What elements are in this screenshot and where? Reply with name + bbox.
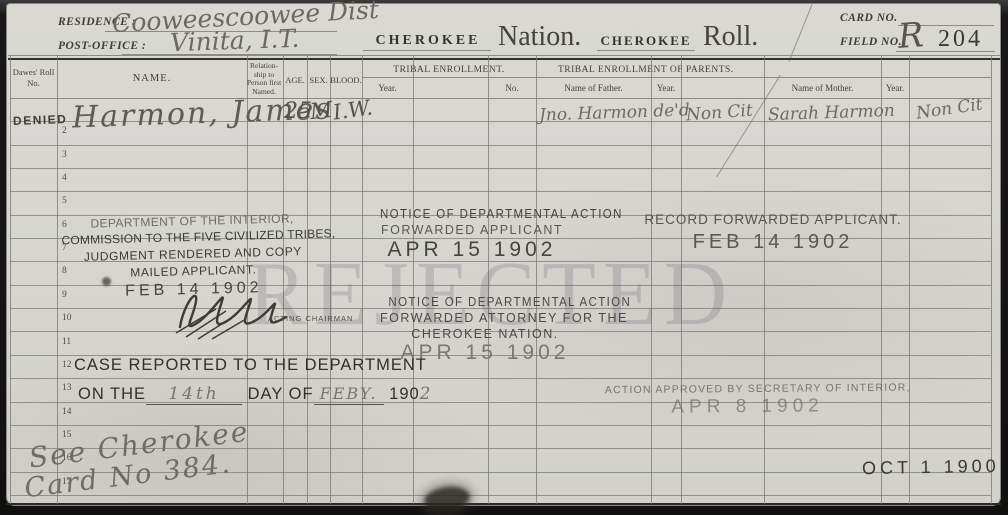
roll-blank-line xyxy=(597,50,695,51)
row-number: 12 xyxy=(62,360,72,370)
nation-stamp: CHEROKEE xyxy=(366,33,490,49)
post-office-value: Vinita, I.T. xyxy=(170,24,300,57)
nation-blank-line xyxy=(363,50,491,51)
denied-stamp: DENIED xyxy=(13,112,68,128)
notice-applicant-line: FORWARDED APPLICANT xyxy=(372,223,572,237)
received-date-stamp: OCT 1 1900 xyxy=(862,456,1000,479)
table-row: 4 xyxy=(10,168,991,192)
card-no-label: CARD NO. xyxy=(840,12,898,24)
case-reported-year-written: 2 xyxy=(420,384,432,404)
column-line xyxy=(764,56,765,504)
case-reported-year-printed: 190 xyxy=(389,385,420,403)
column-line xyxy=(909,56,910,504)
nation-label: Nation. xyxy=(498,21,581,53)
notice-applicant-stamp: NOTICE OF DEPARTMENTAL ACTION FORWARDED … xyxy=(372,207,572,262)
row-number: 11 xyxy=(62,337,71,347)
scanned-enrollment-card-photo: RESIDENCE : Cooweescoowee Dist POST-OFFI… xyxy=(0,0,1008,515)
col-header-father-year: Year. xyxy=(651,83,681,93)
column-line xyxy=(10,56,11,504)
card-bottom-edge xyxy=(6,503,1001,505)
case-reported-day-of: DAY OF xyxy=(248,385,314,403)
acting-chairman-label: ACTING CHAIRMAN xyxy=(268,314,353,323)
col-header-age: AGE. xyxy=(283,75,307,85)
row-number: 14 xyxy=(62,407,72,417)
record-forwarded-date: FEB 14 1902 xyxy=(643,231,903,254)
col-header-name: NAME. xyxy=(57,73,247,84)
roll-stamp: CHEROKEE xyxy=(597,33,695,49)
col-header-relationship: Relation-ship to Person first Named. xyxy=(246,62,282,97)
field-no-value: 204 xyxy=(938,26,983,53)
row-number: 10 xyxy=(62,313,72,323)
post-office-label: POST-OFFICE : xyxy=(58,40,146,52)
acting-chairman-signature xyxy=(172,283,322,341)
row-number: 3 xyxy=(62,150,67,160)
notice-attorney-line: FORWARDED ATTORNEY FOR THE xyxy=(380,311,590,325)
case-reported-day: 14th xyxy=(146,384,242,405)
col-header-dawes-roll-no: Dawes' Roll No. xyxy=(11,67,56,88)
notice-attorney-stamp: NOTICE OF DEPARTMENTAL ACTION FORWARDED … xyxy=(380,295,590,365)
group-header-underline xyxy=(362,77,991,78)
secretary-approval-line: ACTION APPROVED BY SECRETARY OF INTERIOR… xyxy=(605,382,890,396)
notice-applicant-line: NOTICE OF DEPARTMENTAL ACTION xyxy=(380,207,564,221)
notice-attorney-line: CHEROKEE NATION. xyxy=(380,327,590,341)
table-top-heavy-line xyxy=(8,58,1000,60)
row1-age-value: 25 xyxy=(284,99,312,124)
case-reported-on-the: ON THE xyxy=(78,385,146,403)
notice-applicant-date: APR 15 1902 xyxy=(372,238,572,262)
group-header-tribal-enrollment: TRIBAL ENROLLMENT. xyxy=(362,65,536,75)
row-number: 13 xyxy=(62,383,72,393)
notice-attorney-line: NOTICE OF DEPARTMENTAL ACTION xyxy=(388,295,581,309)
roll-label: Roll. xyxy=(703,21,758,53)
row1-sex-value: M xyxy=(309,98,334,125)
field-no-prefix: R xyxy=(897,15,925,57)
row-number: 5 xyxy=(62,196,67,206)
col-header-sex: SEX. xyxy=(307,75,330,85)
record-forwarded-line: RECORD FORWARDED APPLICANT. xyxy=(643,212,903,227)
column-line xyxy=(881,56,882,504)
row-number: 2 xyxy=(62,126,67,136)
table-top-thin-line xyxy=(8,55,1000,56)
col-header-no: No. xyxy=(488,83,536,93)
col-header-name-of-father: Name of Father. xyxy=(536,83,651,93)
table-row: 3 xyxy=(10,145,991,169)
ink-blot xyxy=(102,277,111,286)
case-reported-month: FEBY. xyxy=(314,384,384,405)
case-reported-line1: CASE REPORTED TO THE DEPARTMENT xyxy=(74,356,427,375)
field-no-label: FIELD NO. xyxy=(840,36,902,48)
secretary-approval-date: APR 8 1902 xyxy=(605,395,890,419)
col-header-name-of-mother: Name of Mother. xyxy=(764,83,881,93)
record-forwarded-stamp: RECORD FORWARDED APPLICANT. FEB 14 1902 xyxy=(643,212,903,254)
col-header-blood: BLOOD. xyxy=(330,75,362,85)
case-reported-line2: ON THE14th DAY OFFEBY. 1902 xyxy=(78,384,432,405)
secretary-approval-stamp: ACTION APPROVED BY SECRETARY OF INTERIOR… xyxy=(605,382,890,419)
col-header-year: Year. xyxy=(362,83,413,93)
row-number: 4 xyxy=(62,173,67,183)
column-line xyxy=(991,56,992,504)
col-header-mother-year: Year. xyxy=(881,83,909,93)
group-header-tribal-enrollment-of-parents: TRIBAL ENROLLMENT OF PARENTS. xyxy=(536,65,1008,75)
